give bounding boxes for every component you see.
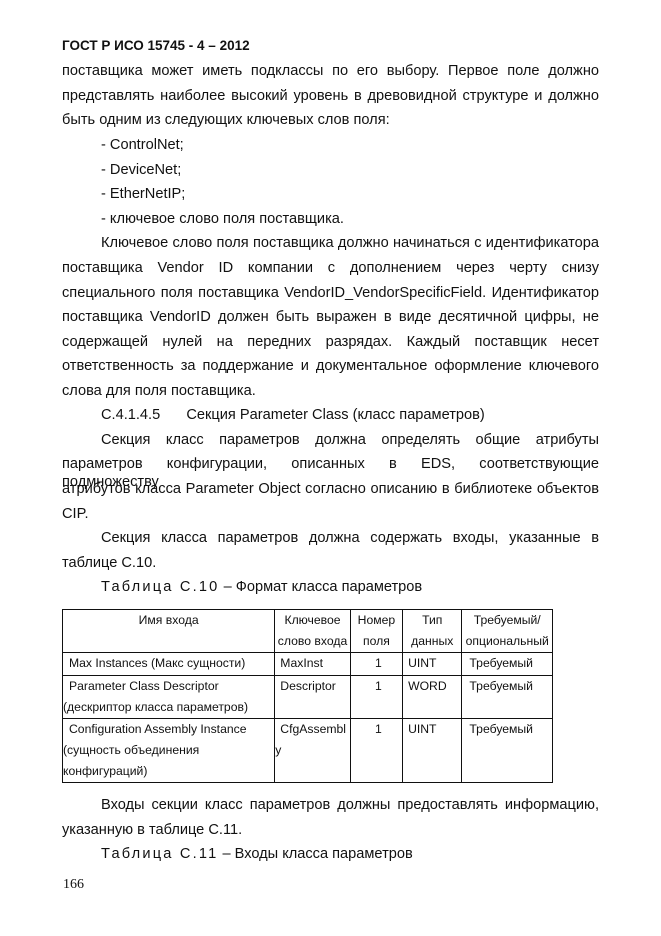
paragraph-line: специального поля поставщика VendorID_Ve… — [62, 284, 599, 302]
page-number: 166 — [63, 877, 84, 893]
paragraph-line: Секция класса параметров должна содержат… — [101, 529, 599, 547]
list-item: - EtherNetIP; — [101, 185, 185, 203]
table-c10: Имя входа Ключевое слово входа Номер пол… — [62, 609, 553, 783]
section-number: С.4.1.4.5 — [101, 407, 160, 423]
paragraph-line: поставщика может иметь подклассы по его … — [62, 62, 599, 80]
section-heading: С.4.1.4.5 Секция Parameter Class (класс … — [101, 406, 485, 424]
paragraph-line: Ключевое слово поля поставщика должно на… — [101, 234, 599, 252]
paragraph-line: Секция класс параметров должна определят… — [101, 431, 599, 449]
table-row: Max Instances (Макс сущности) MaxInst 1 … — [63, 653, 553, 676]
cell-entry-name: Configuration Assembly Instance (сущност… — [63, 719, 275, 783]
paragraph-line: атрибутов класса Parameter Object соглас… — [62, 480, 599, 498]
paragraph-line: представлять наиболее высокий уровень в … — [62, 87, 599, 105]
table-caption-text: – Входы класса параметров — [218, 846, 412, 862]
paragraph-line: поставщика Vendor ID компании с дополнен… — [62, 259, 599, 277]
cell-entry-name: Max Instances (Макс сущности) — [63, 653, 275, 676]
cell-data-type: UINT — [403, 719, 462, 783]
table-row: Configuration Assembly Instance (сущност… — [63, 719, 553, 783]
cell-required: Требуемый — [462, 719, 553, 783]
paragraph-line: таблице С.10. — [62, 554, 156, 572]
paragraph-line: содержащей нулей на передних разрядах. К… — [62, 333, 599, 351]
list-item: - ControlNet; — [101, 136, 184, 154]
cell-keyword: Descriptor — [275, 676, 350, 719]
cell-data-type: WORD — [403, 676, 462, 719]
header-cell-data-type: Тип данных — [403, 610, 462, 653]
paragraph-line: CIP. — [62, 505, 89, 523]
table-caption: Таблица С.11 – Входы класса параметров — [101, 845, 413, 863]
cell-entry-name: Parameter Class Descriptor (дескриптор к… — [63, 676, 275, 719]
header-cell-required: Требуемый/ опциональный — [462, 610, 553, 653]
list-item: - DeviceNet; — [101, 161, 181, 179]
section-title: Секция Parameter Class (класс параметров… — [186, 407, 484, 423]
cell-required: Требуемый — [462, 676, 553, 719]
header-cell-field-number: Номер поля — [350, 610, 402, 653]
cell-required: Требуемый — [462, 653, 553, 676]
header-cell-keyword: Ключевое слово входа — [275, 610, 350, 653]
paragraph-line: быть одним из следующих ключевых слов по… — [62, 111, 390, 129]
table-row: Parameter Class Descriptor (дескриптор к… — [63, 676, 553, 719]
cell-keyword: MaxInst — [275, 653, 350, 676]
list-item: - ключевое слово поля поставщика. — [101, 210, 344, 228]
cell-field-number: 1 — [350, 653, 402, 676]
paragraph-line: указанную в таблице С.11. — [62, 821, 242, 839]
document-header: ГОСТ Р ИСО 15745 - 4 – 2012 — [62, 38, 250, 53]
paragraph-line: слова для поля поставщика. — [62, 382, 256, 400]
paragraph-line: ответственность за поддержание и докумен… — [62, 357, 599, 375]
table-caption-text: – Формат класса параметров — [220, 579, 423, 595]
cell-data-type: UINT — [403, 653, 462, 676]
table-caption-label: Таблица С.11 — [101, 846, 218, 862]
document-page: ГОСТ Р ИСО 15745 - 4 – 2012 поставщика м… — [0, 0, 661, 936]
cell-field-number: 1 — [350, 676, 402, 719]
cell-keyword: CfgAssembl y — [275, 719, 350, 783]
header-cell-entry-name: Имя входа — [63, 610, 275, 653]
cell-field-number: 1 — [350, 719, 402, 783]
table-header-row: Имя входа Ключевое слово входа Номер пол… — [63, 610, 553, 653]
table-caption-label: Таблица С.10 — [101, 579, 220, 595]
table-caption: Таблица С.10 – Формат класса параметров — [101, 578, 422, 596]
paragraph-line: Входы секции класс параметров должны пре… — [101, 796, 599, 814]
paragraph-line: поставщика VendorID должен быть выражен … — [62, 308, 599, 326]
